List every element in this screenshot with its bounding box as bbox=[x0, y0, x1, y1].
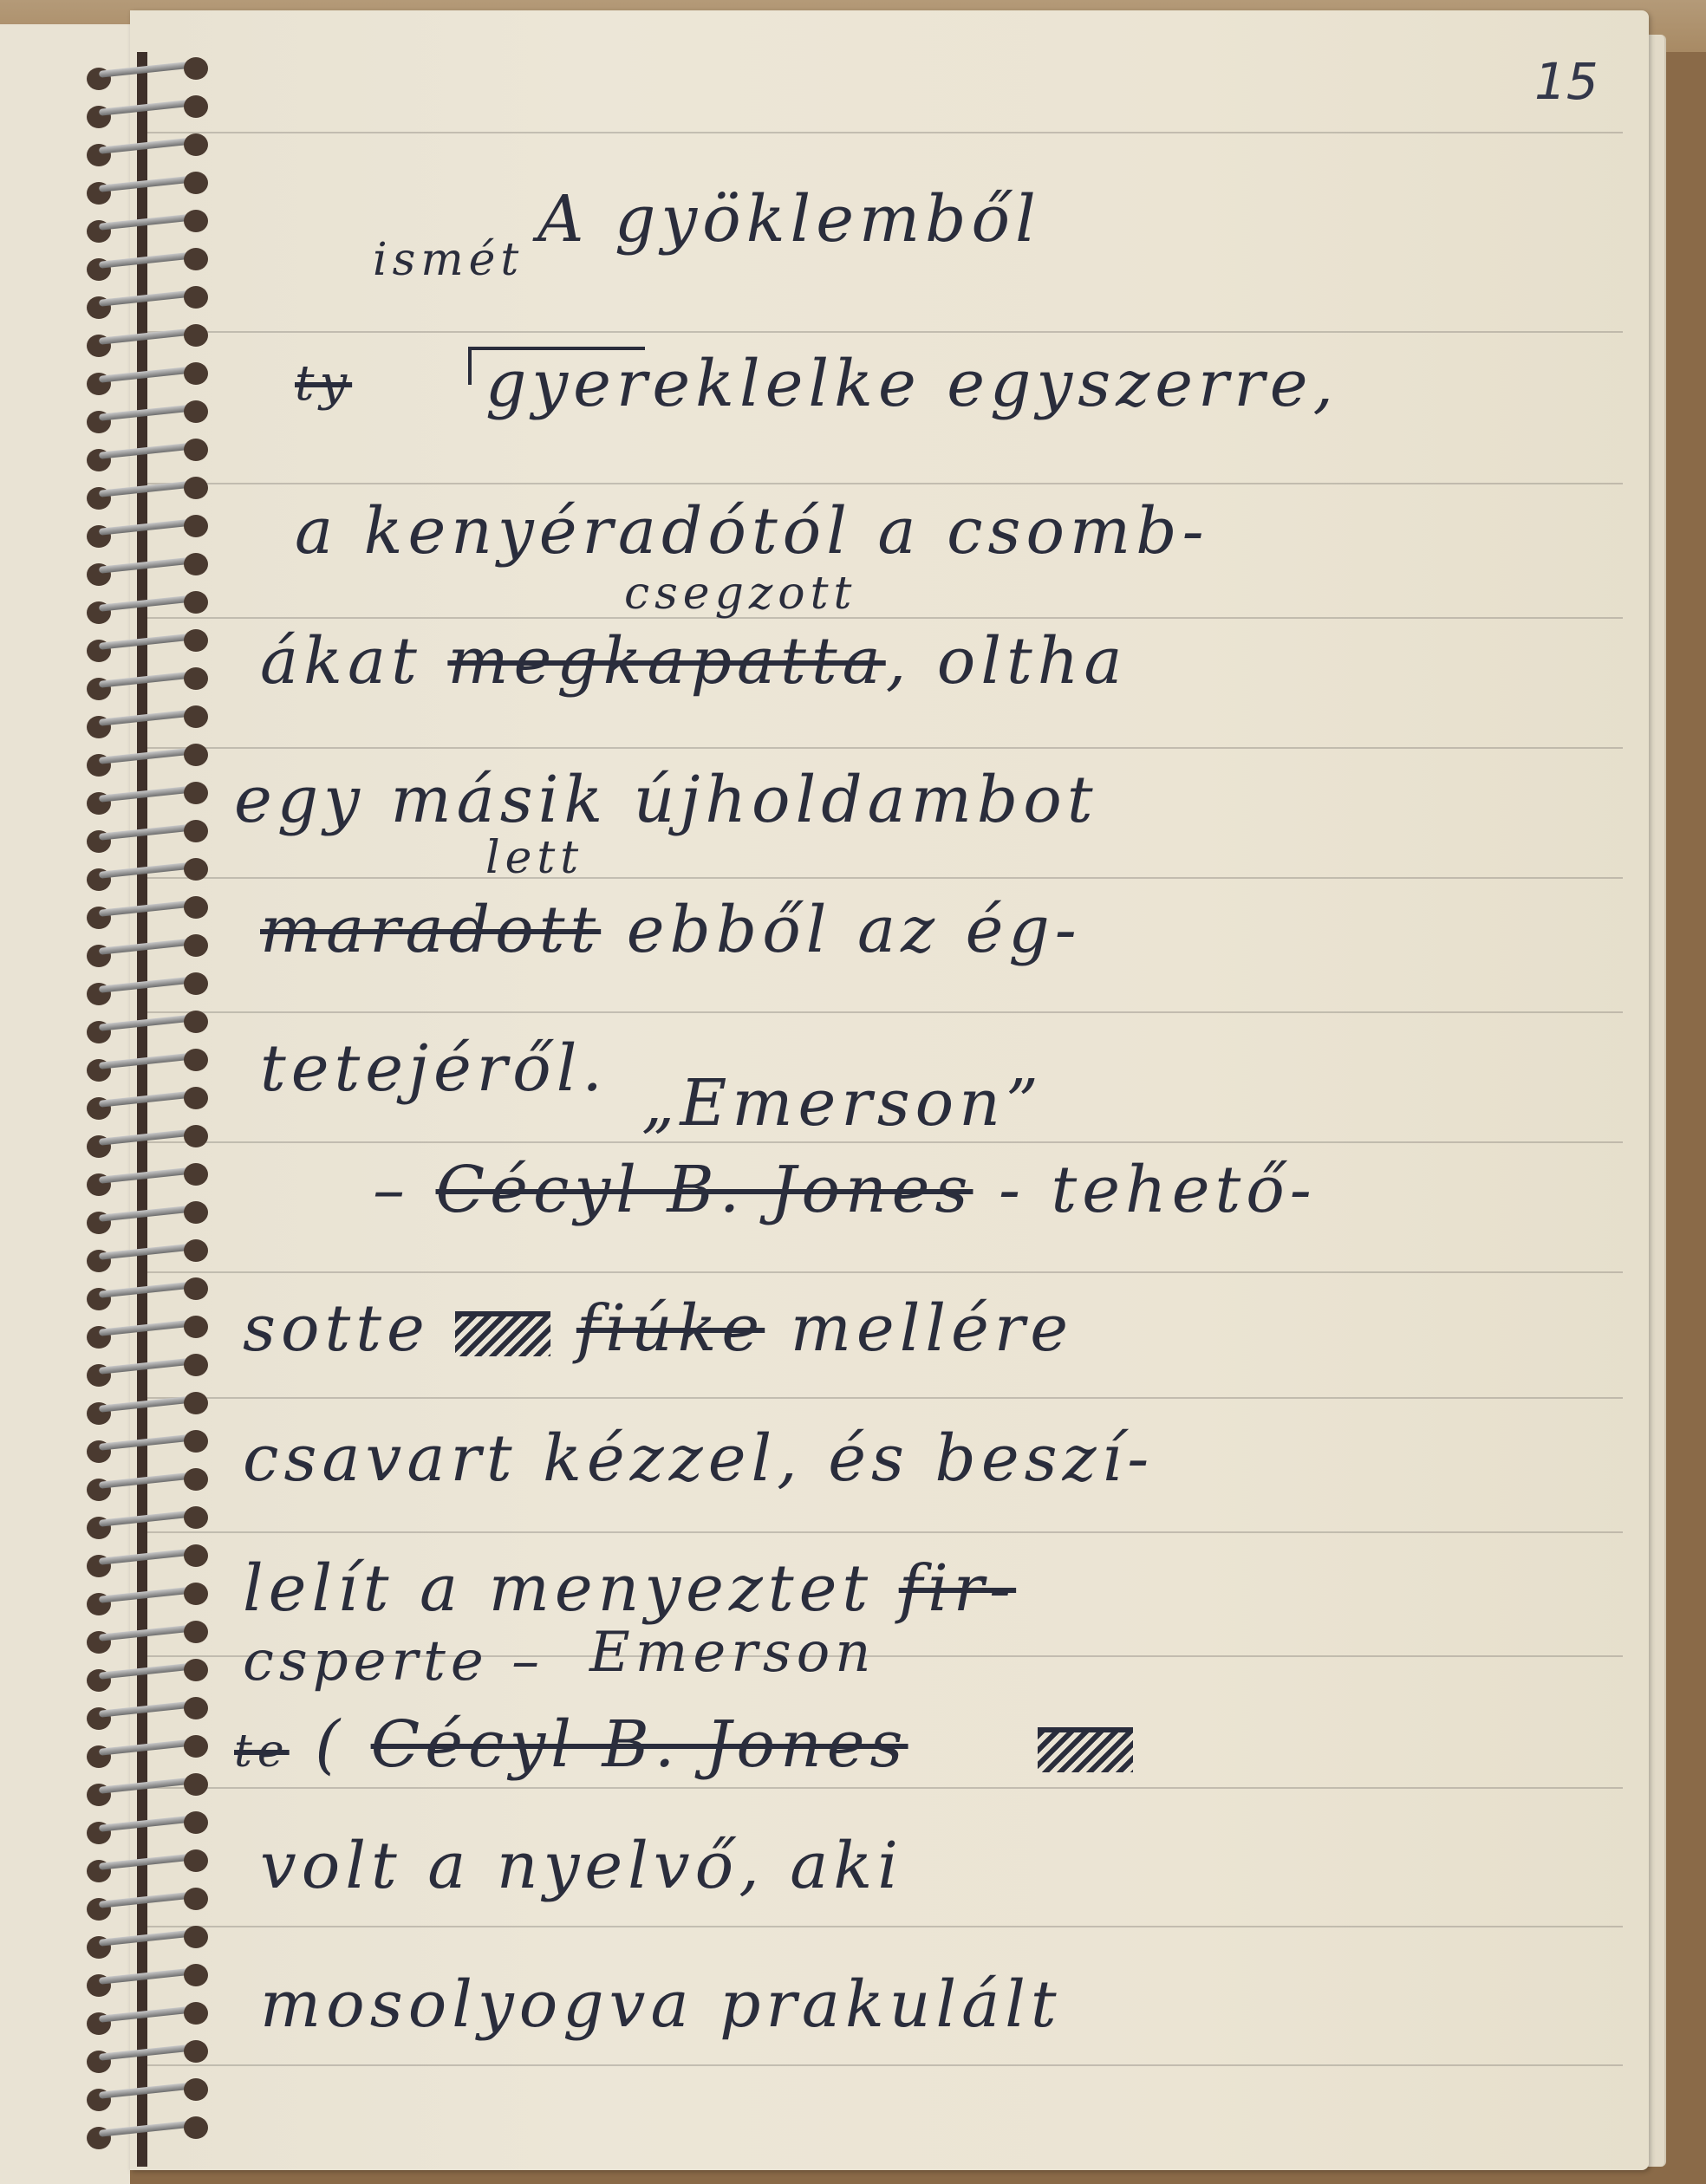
punch-hole bbox=[184, 1354, 208, 1376]
punch-hole bbox=[184, 667, 208, 690]
spiral-coil-icon bbox=[87, 1167, 208, 1193]
punch-hole bbox=[184, 1735, 208, 1758]
spiral-coil-icon bbox=[87, 442, 208, 468]
rule-line bbox=[147, 747, 1623, 749]
punch-hole bbox=[184, 2078, 208, 2101]
wire bbox=[99, 1205, 196, 1222]
rule-line bbox=[147, 483, 1623, 484]
punch-hole bbox=[184, 2116, 208, 2139]
wire bbox=[99, 175, 196, 192]
wire bbox=[99, 1624, 196, 1641]
wire bbox=[99, 137, 196, 154]
punch-hole bbox=[184, 57, 208, 80]
spiral-coil-icon bbox=[87, 1929, 208, 1955]
text-segment: ebből az ég- bbox=[627, 893, 1082, 967]
insertion-text: lett bbox=[485, 832, 583, 884]
wire bbox=[99, 709, 196, 726]
punch-hole bbox=[184, 629, 208, 652]
wire bbox=[99, 404, 196, 421]
text-segment: sotte bbox=[243, 1291, 430, 1366]
rule-line bbox=[147, 1787, 1623, 1789]
wire bbox=[99, 1586, 196, 1603]
spiral-coil-icon bbox=[87, 1014, 208, 1040]
struck-text: Cécyl B. Jones bbox=[371, 1707, 908, 1782]
struck-margin-mark: ty bbox=[295, 355, 352, 412]
rule-line bbox=[147, 1531, 1623, 1533]
spiral-coil-icon bbox=[87, 633, 208, 659]
punch-hole bbox=[184, 286, 208, 309]
wire bbox=[99, 1128, 196, 1146]
spiral-coil-icon bbox=[87, 1243, 208, 1269]
spiral-coil-icon bbox=[87, 1967, 208, 1993]
text-segment: ákat bbox=[260, 624, 422, 699]
spiral-coil-icon bbox=[87, 2120, 208, 2146]
rule-line bbox=[147, 2064, 1623, 2066]
spiral-coil-icon bbox=[87, 289, 208, 315]
insertion-text: csegzott bbox=[624, 568, 856, 620]
handwritten-line: sotte fiúke mellére bbox=[243, 1291, 1073, 1366]
handwritten-line: csavart kézzel, és beszí- bbox=[243, 1421, 1154, 1496]
wire bbox=[99, 1662, 196, 1680]
spiral-coil-icon bbox=[87, 595, 208, 621]
punch-hole bbox=[184, 477, 208, 499]
wire bbox=[99, 99, 196, 116]
handwritten-line: tetejéről. bbox=[260, 1031, 608, 1106]
punch-hole bbox=[184, 324, 208, 347]
text-segment: mellére bbox=[791, 1291, 1073, 1366]
punch-hole bbox=[184, 1544, 208, 1567]
wire bbox=[99, 251, 196, 269]
wire bbox=[99, 1052, 196, 1069]
wire bbox=[99, 1243, 196, 1260]
punch-hole bbox=[184, 1888, 208, 1910]
spiral-coil-icon bbox=[87, 137, 208, 163]
punch-hole bbox=[184, 820, 208, 842]
punch-hole bbox=[184, 1697, 208, 1719]
punch-hole bbox=[184, 2002, 208, 2025]
struck-text: Cécyl B. Jones bbox=[436, 1153, 973, 1227]
punch-hole bbox=[184, 591, 208, 614]
rule-line bbox=[147, 1271, 1623, 1273]
spiral-coil-icon bbox=[87, 2044, 208, 2070]
punch-hole bbox=[184, 1087, 208, 1109]
wire bbox=[99, 633, 196, 650]
punch-hole bbox=[184, 553, 208, 575]
text-segment: ( bbox=[315, 1707, 345, 1782]
scribble-mark bbox=[455, 1311, 550, 1356]
insertion-text: Emerson bbox=[589, 1621, 876, 1685]
rule-line bbox=[147, 1397, 1623, 1399]
wire bbox=[99, 1472, 196, 1489]
spiral-coil-icon bbox=[87, 1662, 208, 1688]
punch-hole bbox=[184, 1430, 208, 1453]
page-number: 15 bbox=[1534, 52, 1599, 111]
spiral-coil-icon bbox=[87, 823, 208, 849]
wire bbox=[99, 1167, 196, 1184]
wire bbox=[99, 1014, 196, 1031]
spiral-coil-icon bbox=[87, 1433, 208, 1459]
wire bbox=[99, 747, 196, 764]
punch-hole bbox=[184, 1811, 208, 1834]
spiral-coil-icon bbox=[87, 366, 208, 392]
punch-hole bbox=[184, 744, 208, 766]
wire bbox=[99, 823, 196, 841]
punch-hole bbox=[184, 439, 208, 461]
wire bbox=[99, 289, 196, 307]
punch-hole bbox=[184, 934, 208, 957]
wire bbox=[99, 1357, 196, 1375]
scribble-mark bbox=[1038, 1727, 1133, 1772]
spiral-coil-icon bbox=[87, 1052, 208, 1078]
wire bbox=[99, 1395, 196, 1413]
punch-hole bbox=[184, 1163, 208, 1186]
wire bbox=[99, 480, 196, 497]
spiral-coil-icon bbox=[87, 61, 208, 87]
punch-hole bbox=[184, 782, 208, 804]
spiral-coil-icon bbox=[87, 1624, 208, 1650]
punch-hole bbox=[184, 1621, 208, 1643]
punch-hole bbox=[184, 1926, 208, 1948]
spiral-coil-icon bbox=[87, 671, 208, 697]
wire bbox=[99, 1739, 196, 1756]
wire bbox=[99, 61, 196, 78]
wire bbox=[99, 518, 196, 536]
insertion-text: ismét bbox=[373, 234, 524, 286]
spiral-coil-icon bbox=[87, 900, 208, 926]
spiral-coil-icon bbox=[87, 1205, 208, 1231]
spiral-coil-icon bbox=[87, 1510, 208, 1536]
punch-hole bbox=[184, 1773, 208, 1796]
punch-hole bbox=[184, 400, 208, 423]
wire bbox=[99, 976, 196, 993]
punch-hole bbox=[184, 1468, 208, 1491]
punch-hole bbox=[184, 172, 208, 194]
text-segment: lelít a menyeztet bbox=[243, 1551, 873, 1626]
spiral-coil-icon bbox=[87, 976, 208, 1002]
spiral-coil-icon bbox=[87, 1700, 208, 1726]
spiral-coil-icon bbox=[87, 1281, 208, 1307]
punch-hole bbox=[184, 1392, 208, 1414]
wire bbox=[99, 671, 196, 688]
spiral-coil-icon bbox=[87, 480, 208, 506]
struck-margin-mark: te bbox=[234, 1726, 290, 1778]
spiral-coil-icon bbox=[87, 175, 208, 201]
wire bbox=[99, 595, 196, 612]
rule-line bbox=[147, 1011, 1623, 1013]
wire bbox=[99, 1090, 196, 1108]
wire bbox=[99, 1891, 196, 1908]
wire bbox=[99, 1967, 196, 1985]
wire bbox=[99, 1510, 196, 1527]
wire bbox=[99, 1548, 196, 1565]
handwritten-line: csperte – bbox=[243, 1629, 544, 1693]
spiral-coil-icon bbox=[87, 1395, 208, 1421]
rule-line bbox=[147, 1141, 1623, 1143]
punch-hole bbox=[184, 1125, 208, 1147]
spiral-coil-icon bbox=[87, 1586, 208, 1612]
handwritten-line: te ( Cécyl B. Jones bbox=[234, 1707, 1133, 1782]
spiral-coil-icon bbox=[87, 1891, 208, 1917]
wire bbox=[99, 2044, 196, 2061]
spiral-coil-icon bbox=[87, 1548, 208, 1574]
spiral-coil-icon bbox=[87, 1739, 208, 1765]
punch-hole bbox=[184, 210, 208, 232]
spiral-coil-icon bbox=[87, 556, 208, 582]
spiral-coil-icon bbox=[87, 99, 208, 125]
text-segment: , oltha bbox=[886, 624, 1128, 699]
spiral-coil-icon bbox=[87, 404, 208, 430]
wire bbox=[99, 213, 196, 231]
punch-hole bbox=[184, 1316, 208, 1338]
wire bbox=[99, 556, 196, 574]
wire bbox=[99, 900, 196, 917]
handwritten-line: maradott ebből az ég- bbox=[260, 893, 1082, 967]
punch-hole bbox=[184, 1964, 208, 1986]
wire bbox=[99, 1319, 196, 1336]
punch-hole bbox=[184, 1239, 208, 1262]
text-segment: - tehető- bbox=[999, 1153, 1317, 1227]
punch-hole bbox=[184, 2040, 208, 2063]
wire bbox=[99, 2005, 196, 2023]
wire bbox=[99, 1433, 196, 1451]
spiral-coil-icon bbox=[87, 747, 208, 773]
spiral-coil-icon bbox=[87, 1815, 208, 1841]
punch-hole bbox=[184, 1659, 208, 1681]
insertion-text: „Emerson” bbox=[641, 1066, 1044, 1141]
struck-text: fir- bbox=[899, 1551, 1016, 1626]
spiral-coil-icon bbox=[87, 1777, 208, 1803]
spiral-coil-icon bbox=[87, 2005, 208, 2031]
spiral-coil-icon bbox=[87, 709, 208, 735]
wire bbox=[99, 1815, 196, 1832]
handwritten-line: a kenyéradótól a csomb- bbox=[295, 494, 1209, 569]
spiral-coil-icon bbox=[87, 213, 208, 239]
wire bbox=[99, 1853, 196, 1870]
wire bbox=[99, 442, 196, 459]
punch-hole bbox=[184, 1506, 208, 1529]
punch-hole bbox=[184, 972, 208, 995]
struck-text: fiúke bbox=[576, 1291, 765, 1366]
punch-hole bbox=[184, 362, 208, 385]
spiral-coil-icon bbox=[87, 328, 208, 354]
struck-text: maradott bbox=[260, 893, 601, 967]
rule-line bbox=[147, 877, 1623, 879]
wire bbox=[99, 2082, 196, 2099]
punch-hole bbox=[184, 896, 208, 919]
spiral-coil-icon bbox=[87, 518, 208, 544]
spiral-coil-icon bbox=[87, 1357, 208, 1383]
handwritten-line: gyereklelke egyszerre, bbox=[485, 347, 1338, 421]
punch-hole bbox=[184, 858, 208, 881]
rule-line bbox=[147, 1926, 1623, 1927]
punch-hole bbox=[184, 515, 208, 537]
handwritten-line: egy másik újholdambot bbox=[234, 763, 1098, 837]
wire bbox=[99, 2120, 196, 2137]
handwritten-line: volt a nyelvő, aki bbox=[260, 1829, 903, 1903]
spiral-coil-icon bbox=[87, 938, 208, 964]
wire bbox=[99, 1700, 196, 1718]
handwritten-line: ákat megkapatta, oltha bbox=[260, 624, 1128, 699]
spiral-coil-icon bbox=[87, 1319, 208, 1345]
wire bbox=[99, 328, 196, 345]
wire bbox=[99, 1929, 196, 1947]
text-segment: – bbox=[373, 1153, 410, 1227]
handwritten-line: A gyöklemből bbox=[537, 182, 1041, 257]
punch-hole bbox=[184, 1849, 208, 1872]
punch-hole bbox=[184, 1011, 208, 1033]
rule-line bbox=[147, 617, 1623, 619]
wire bbox=[99, 861, 196, 879]
rule-line bbox=[147, 132, 1623, 133]
wire bbox=[99, 1281, 196, 1298]
punch-hole bbox=[184, 1201, 208, 1224]
punch-hole bbox=[184, 133, 208, 156]
spiral-coil-icon bbox=[87, 861, 208, 887]
wire bbox=[99, 366, 196, 383]
wire bbox=[99, 938, 196, 955]
spiral-coil-icon bbox=[87, 1472, 208, 1498]
spiral-coil-icon bbox=[87, 251, 208, 277]
handwritten-line: mosolyogva prakulált bbox=[260, 1967, 1062, 2042]
punch-hole bbox=[184, 1277, 208, 1300]
punch-hole bbox=[184, 1583, 208, 1605]
punch-hole bbox=[184, 705, 208, 728]
wire bbox=[99, 1777, 196, 1794]
punch-hole bbox=[184, 248, 208, 270]
spiral-coil-icon bbox=[87, 1128, 208, 1154]
spiral-coil-icon bbox=[87, 1853, 208, 1879]
spiral-coil-icon bbox=[87, 2082, 208, 2108]
punch-hole bbox=[184, 1049, 208, 1071]
rule-line bbox=[147, 331, 1623, 333]
struck-text: megkapatta bbox=[447, 624, 885, 699]
spiral-coil-icon bbox=[87, 1090, 208, 1116]
handwritten-line: lelít a menyeztet fir- bbox=[243, 1551, 1016, 1626]
spiral-coil-icon bbox=[87, 785, 208, 811]
wire bbox=[99, 785, 196, 803]
punch-hole bbox=[184, 95, 208, 118]
handwritten-line: – Cécyl B. Jones - tehető- bbox=[373, 1153, 1317, 1227]
